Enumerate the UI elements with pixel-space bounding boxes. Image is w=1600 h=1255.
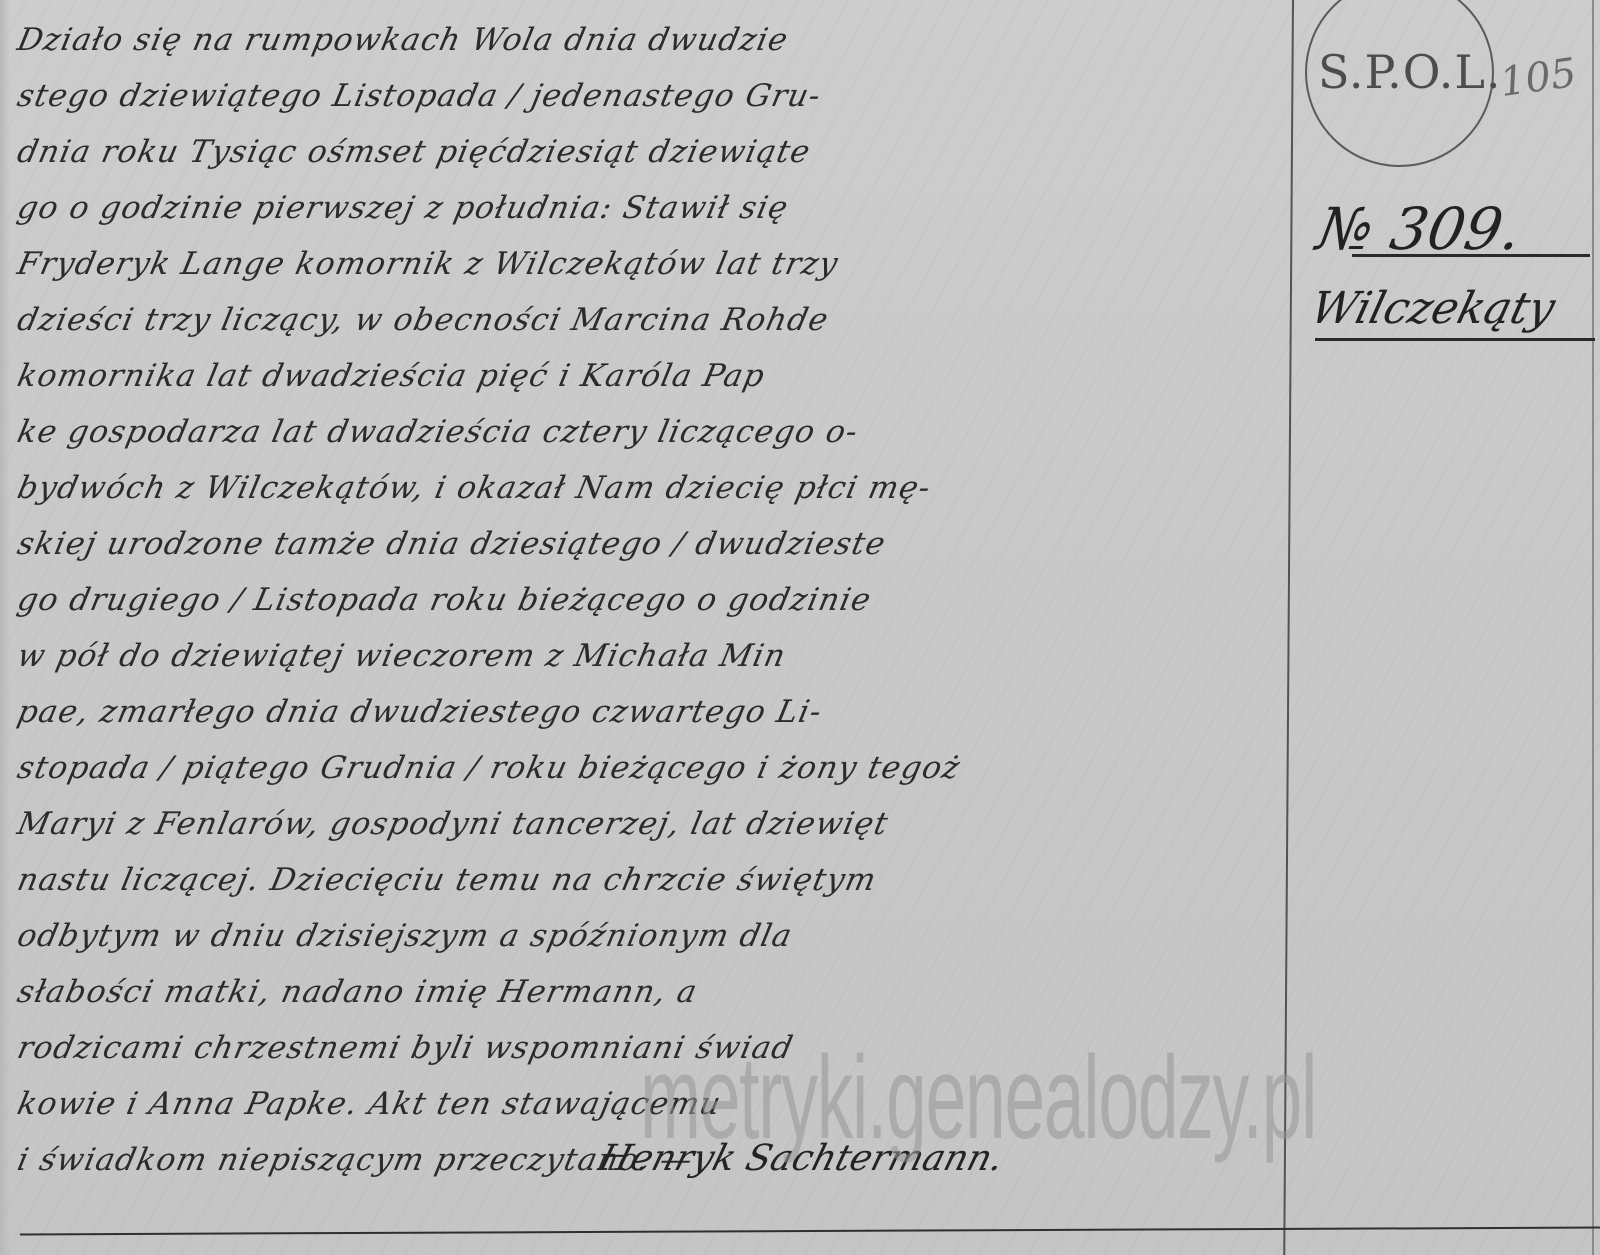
body-line: dzieści trzy liczący, w obecności Marcin… [12, 292, 1294, 348]
watermark: metryki.genealodzy.pl [640, 1030, 1316, 1166]
record-body: Działo się na rumpowkach Wola dnia dwudz… [18, 12, 1288, 1188]
right-edge-rule [1592, 0, 1594, 1255]
body-line: Maryi z Fenlarów, gospodyni tancerzej, l… [12, 796, 1294, 852]
body-line: stopada / piątego Grudnia / roku bieżące… [12, 740, 1294, 796]
page-fold-shadow [0, 0, 10, 1255]
village-name: Wilczekąty [1306, 283, 1561, 334]
body-line: dnia roku Tysiąc ośmset pięćdziesiąt dzi… [12, 124, 1294, 180]
body-line: ke gospodarza lat dwadzieścia cztery lic… [12, 404, 1294, 460]
body-line: Fryderyk Lange komornik z Wilczekątów la… [12, 236, 1294, 292]
body-line: pae, zmarłego dnia dwudziestego czwarteg… [12, 684, 1294, 740]
body-line: komornika lat dwadzieścia pięć i Karóla … [12, 348, 1294, 404]
archive-stamp-text: S.P.O.L. [1318, 45, 1502, 99]
body-line: odbytym w dniu dzisiejszym a spóźnionym … [12, 908, 1294, 964]
bottom-rule [20, 1227, 1600, 1236]
body-line: bydwóch z Wilczekątów, i okazał Nam dzie… [12, 460, 1294, 516]
body-line-with-given-name: słabości matki, nadano imię Hermann, a [12, 964, 1294, 1020]
body-line: go drugiego / Listopada roku bieżącego o… [12, 572, 1294, 628]
record-number: № 309. [1312, 195, 1526, 263]
stamp-annotation: 105 [1497, 50, 1579, 106]
body-line: nastu liczącej. Dziecięciu temu na chrzc… [12, 852, 1294, 908]
village-name-underline [1315, 338, 1595, 341]
body-line-with-parent-name: w pół do dziewiątej wieczorem z Michała … [12, 628, 1294, 684]
body-line: skiej urodzone tamże dnia dziesiątego / … [12, 516, 1294, 572]
body-line: go o godzinie pierwszej z południa: Staw… [12, 180, 1294, 236]
body-line: stego dziewiątego Listopada / jedenasteg… [12, 68, 1294, 124]
record-number-underline [1352, 254, 1590, 257]
document-page: Działo się na rumpowkach Wola dnia dwudz… [0, 0, 1600, 1255]
body-line: Działo się na rumpowkach Wola dnia dwudz… [12, 12, 1294, 68]
